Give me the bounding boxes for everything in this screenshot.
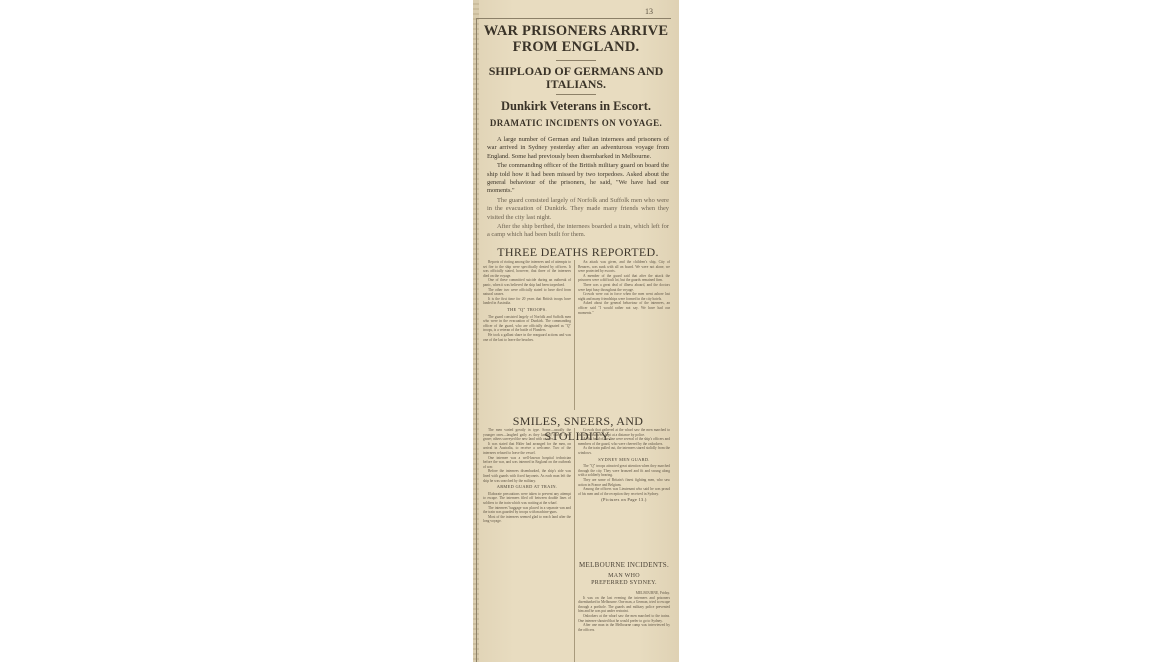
body-paragraph: They are some of Britain's finest fighti… bbox=[578, 478, 670, 487]
body-paragraph: Before the internees disembarked, the sh… bbox=[483, 469, 571, 483]
body-paragraph: It was stated that Hitler had arranged f… bbox=[483, 442, 571, 456]
body-paragraph: The guard consisted largely of Norfolk a… bbox=[483, 315, 571, 333]
top-rule bbox=[477, 18, 671, 19]
left-column-rule bbox=[476, 18, 477, 662]
divider bbox=[556, 94, 596, 95]
body-paragraph: The "Q" troops attracted great attention… bbox=[578, 464, 670, 478]
body-paragraph: It is the first time for 20 years that B… bbox=[483, 297, 571, 306]
headline-fourth: DRAMATIC INCIDENTS ON VOYAGE. bbox=[483, 118, 669, 128]
body-column-right: An attack was given, and the children's … bbox=[578, 260, 670, 410]
body-paragraph: One internee was a well-known hospital t… bbox=[483, 456, 571, 470]
body-paragraph: Crowds that gathered at the wharf saw th… bbox=[578, 428, 670, 437]
body-subheading: THE "Q" TROOPS. bbox=[483, 308, 571, 313]
section-heading: THREE DEATHS REPORTED. bbox=[483, 245, 673, 260]
body-paragraph: Reports of rioting among the internees a… bbox=[483, 260, 571, 278]
column-divider bbox=[574, 428, 575, 662]
lead-paragraph: After the ship berthed, the internees bo… bbox=[487, 223, 669, 240]
body-column-left: Reports of rioting among the internees a… bbox=[483, 260, 571, 410]
headline-sub: SHIPLOAD OF GERMANS AND ITALIANS. bbox=[483, 65, 669, 91]
body-paragraph: There was a great deal of illness aboard… bbox=[578, 283, 670, 292]
body-paragraph: Crowds were out in force when the men we… bbox=[578, 292, 670, 301]
divider bbox=[556, 60, 596, 61]
body-paragraph: After one man in the Melbourne camp was … bbox=[578, 623, 670, 632]
lead-text: A large number of German and Italian int… bbox=[487, 136, 669, 241]
lead-paragraph: The commanding officer of the British mi… bbox=[487, 162, 669, 196]
lead-paragraph: A large number of German and Italian int… bbox=[487, 136, 669, 161]
headline-third: Dunkirk Veterans in Escort. bbox=[483, 99, 669, 114]
melbourne-column: MELBOURNE, Friday. It was on the last ev… bbox=[578, 591, 670, 662]
body-subheading: ARMED GUARD AT TRAIN. bbox=[483, 485, 571, 490]
body-paragraph: It was on the last evening the internees… bbox=[578, 596, 670, 614]
continued-note: (Pictures on Page 13.) bbox=[578, 498, 670, 503]
body-paragraph: As the train pulled out, the internees s… bbox=[578, 446, 670, 455]
newspaper-clipping: 13 WAR PRISONERS ARRIVE FROM ENGLAND. SH… bbox=[473, 0, 679, 662]
body-paragraph: A member of the guard said that after th… bbox=[578, 274, 670, 283]
body-paragraph: Onlookers at the wharf saw the men march… bbox=[578, 614, 670, 623]
lead-paragraph: The guard consisted largely of Norfolk a… bbox=[487, 197, 669, 222]
body-paragraph: An attack was given, and the children's … bbox=[578, 260, 670, 274]
body-column-right: Crowds that gathered at the wharf saw th… bbox=[578, 428, 670, 558]
body-paragraph: The men varied greatly in type. Some—usu… bbox=[483, 428, 571, 442]
melbourne-subheading: MAN WHO PREFERRED SYDNEY. bbox=[591, 573, 657, 587]
body-paragraph: Elaborate precautions were taken to prev… bbox=[483, 492, 571, 506]
body-paragraph: He took a gallant share in the rearguard… bbox=[483, 333, 571, 342]
body-paragraph: The other two were officially stated to … bbox=[483, 288, 571, 297]
body-paragraph: One of these committed suicide during an… bbox=[483, 278, 571, 287]
body-paragraph: Among the officers was Lieutenant who sa… bbox=[578, 487, 670, 496]
column-divider bbox=[574, 260, 575, 410]
body-paragraph: Asked about the general behaviour of the… bbox=[578, 301, 670, 315]
headline-main: WAR PRISONERS ARRIVE FROM ENGLAND. bbox=[483, 23, 669, 55]
body-paragraph: The internees' baggage was placed in a s… bbox=[483, 506, 571, 515]
melbourne-heading: MELBOURNE INCIDENTS. bbox=[578, 561, 670, 569]
page-number: 13 bbox=[645, 7, 653, 16]
body-column-left: The men varied greatly in type. Some—usu… bbox=[483, 428, 571, 662]
body-subheading: SYDNEY MEN GUARD. bbox=[578, 458, 670, 463]
body-paragraph: At the head of the line were several of … bbox=[578, 437, 670, 446]
body-paragraph: Most of the internees seemed glad to rea… bbox=[483, 515, 571, 524]
